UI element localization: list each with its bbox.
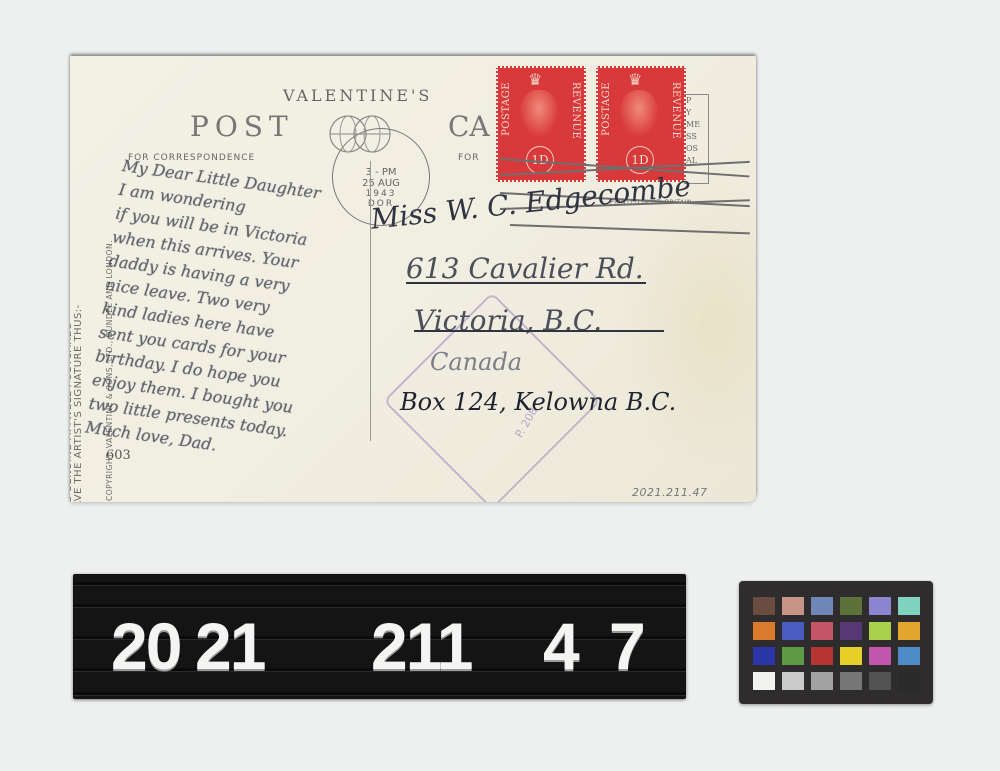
accession-number-handwritten: 2021.211.47 <box>632 486 707 499</box>
color-patch <box>869 622 891 640</box>
board-digits: 7 <box>609 608 644 684</box>
stamp-label-postage: POSTAGE <box>601 82 612 136</box>
color-patch <box>782 647 804 665</box>
color-patch <box>811 672 833 690</box>
color-patch <box>753 672 775 690</box>
color-patch <box>782 672 804 690</box>
stamp-label-postage: POSTAGE <box>501 82 512 136</box>
color-patch <box>898 622 920 640</box>
color-patch <box>898 672 920 690</box>
board-digits: 21 <box>195 608 264 684</box>
postmark-time: 3 - PM <box>333 167 429 178</box>
color-patch <box>753 647 775 665</box>
king-portrait-icon <box>520 90 558 136</box>
board-digits: 211 <box>371 608 471 684</box>
side-text-line2: HAVE THE ARTIST'S SIGNATURE THUS:- <box>74 166 84 502</box>
card-word: CA <box>448 110 490 143</box>
color-patch <box>869 647 891 665</box>
color-patch <box>840 622 862 640</box>
color-patch <box>811 647 833 665</box>
crown-icon: ♛ <box>628 70 642 89</box>
address-country: Canada <box>430 348 522 376</box>
color-patch <box>753 622 775 640</box>
side-text-attwell: ALL GENUINE ATTWELL POSTCARDS HAVE THE A… <box>70 166 84 502</box>
color-patch <box>898 647 920 665</box>
color-patch <box>898 597 920 615</box>
color-patch <box>782 597 804 615</box>
forwarding-address: Box 124, Kelowna B.C. <box>400 388 676 416</box>
slogan-line: P <box>686 95 708 107</box>
stamp-label-revenue: REVENUE <box>570 82 581 139</box>
board-groove <box>73 582 686 586</box>
artist-signature: MABEL LUCIE ATTWELL <box>70 79 72 163</box>
color-patch <box>869 672 891 690</box>
color-patch <box>840 672 862 690</box>
strikethrough-line <box>406 282 646 284</box>
slogan-line: Y <box>686 107 708 119</box>
color-patch <box>869 597 891 615</box>
crown-icon: ♛ <box>528 70 542 89</box>
address-city: Victoria, B.C. <box>414 304 602 337</box>
slogan-line: ME <box>686 119 708 131</box>
board-groove <box>73 692 686 696</box>
board-digits: 4 <box>543 608 578 684</box>
color-patch <box>840 597 862 615</box>
board-digits: 20 <box>111 608 180 684</box>
slogan-line: SS <box>686 131 708 143</box>
for-address-label: FOR <box>458 153 480 163</box>
stain <box>616 176 756 476</box>
color-calibration-chart <box>739 581 933 704</box>
address-street: 613 Cavalier Rd. <box>406 252 644 285</box>
color-patch <box>753 597 775 615</box>
slogan-line: OS <box>686 143 708 155</box>
color-patch <box>840 647 862 665</box>
color-patch <box>811 622 833 640</box>
strikethrough-line <box>414 330 664 332</box>
color-patch <box>811 597 833 615</box>
brand-title: VALENTINE'S <box>283 86 432 105</box>
accession-number-board: 20 21 211 4 7 <box>73 574 686 699</box>
stamp-label-revenue: REVENUE <box>670 82 681 139</box>
card-number: 603 <box>106 448 131 463</box>
color-patch <box>782 622 804 640</box>
handwritten-message: My Dear Little Daughter I am wondering i… <box>84 154 391 477</box>
post-word: POST <box>190 110 294 143</box>
king-portrait-icon <box>620 90 658 136</box>
postcard: ALL GENUINE ATTWELL POSTCARDS HAVE THE A… <box>70 56 756 502</box>
